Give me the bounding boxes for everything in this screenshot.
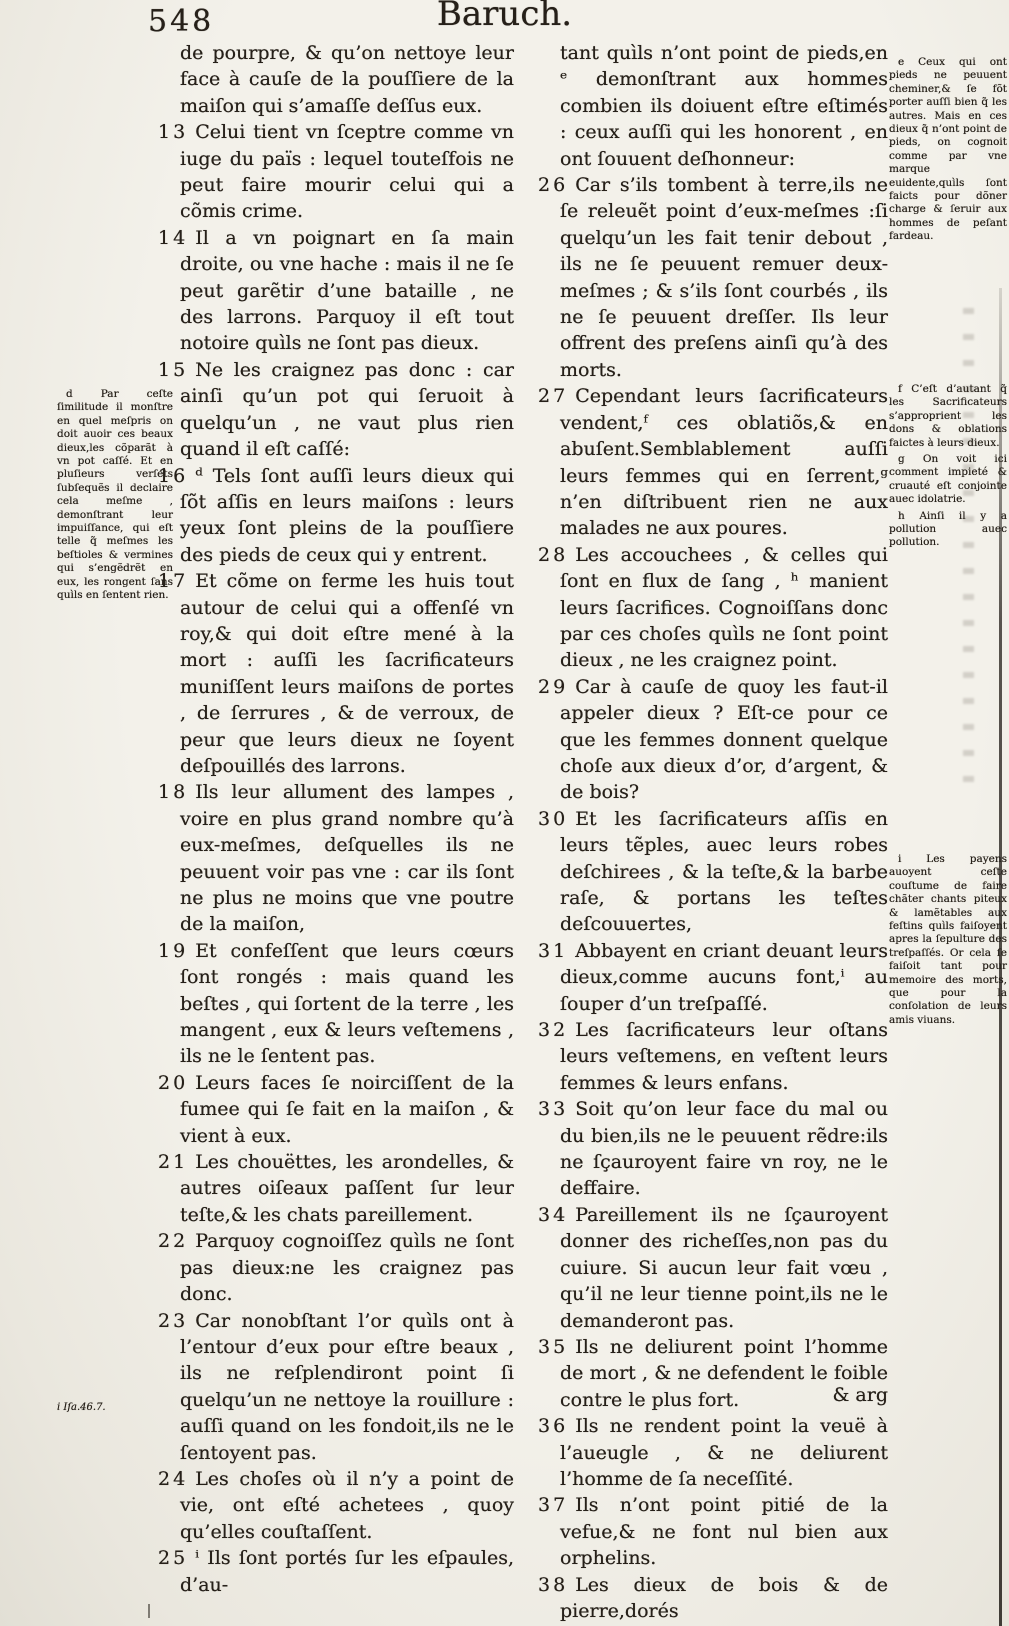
scan-artifact <box>148 1604 150 1618</box>
verse-25-continuation: tant quìls n’ont point de pieds,en ᵉ dem… <box>538 40 888 172</box>
margin-note-d: d Par ceſte ſimilitude il monſtre en que… <box>57 388 173 606</box>
verse-20: 20Leurs faces ſe noirciſſent de la fumee… <box>158 1070 514 1149</box>
catchword: & arg <box>760 1384 888 1406</box>
verse-number: 27 <box>538 385 568 407</box>
verse-number: 28 <box>538 544 568 566</box>
verse-number: 32 <box>538 1019 568 1041</box>
scanned-book-page: 548 Baruch. de pourpre, & qu’on nettoye … <box>0 0 1009 1626</box>
verse-24: 24Les choſes où il n’y a point de vie, o… <box>158 1466 514 1545</box>
verse-number: 14 <box>158 227 188 249</box>
verse-38: 38Les dieux de bois & de pierre,dorés <box>538 1572 888 1625</box>
margin-note-i: i Les payens auoyent ceſte couſtume de f… <box>889 853 1007 1030</box>
verse-12-continuation: de pourpre, & qu’on nettoye leur face à … <box>158 40 514 119</box>
verse-number: 29 <box>538 676 568 698</box>
left-verses: 13Celui tient vn ſceptre comme vn iuge d… <box>158 119 514 1598</box>
margin-note-f: f C’eſt d’autant q̃ les Sacrificateurs s… <box>889 383 1007 450</box>
margin-note-h: h Ainſi il y a pollution auec pollution. <box>889 510 1007 550</box>
margin-reference-isaiah: i Iſa.46.7. <box>57 1401 175 1414</box>
verse-25: 25ⁱ Ils ſont portés ſur les eſpaules, d’… <box>158 1545 514 1598</box>
verse-number: 30 <box>538 808 568 830</box>
verse-21: 21Les chouëttes, les arondelles, & autre… <box>158 1149 514 1228</box>
verse-number: 35 <box>538 1336 568 1358</box>
verse-number: 36 <box>538 1415 568 1437</box>
ink-bleedthrough-marks <box>963 308 974 786</box>
verse-number: 26 <box>538 174 568 196</box>
verse-number: 20 <box>158 1072 188 1094</box>
verse-number: 25 <box>158 1547 188 1569</box>
verse-26: 26Car s’ils tombent à terre,ils ne ſe re… <box>538 172 888 383</box>
verse-27: 27Cependant leurs ſacrificateurs vendent… <box>538 383 888 541</box>
verse-17: 17Et cõme on ferme les huis tout autour … <box>158 568 514 779</box>
verse-14: 14Il a vn poignart en ſa main droite, ou… <box>158 225 514 357</box>
right-verses: 26Car s’ils tombent à terre,ils ne ſe re… <box>538 172 888 1624</box>
left-text-column: de pourpre, & qu’on nettoye leur face à … <box>158 40 514 1598</box>
page-edge-line <box>999 288 1002 1626</box>
verse-16: 16ᵈ Tels ſont auſſi leurs dieux qui ſõt … <box>158 463 514 569</box>
verse-15: 15Ne les craignez pas donc : car ainſi q… <box>158 357 514 463</box>
margin-notes-f-g-h: f C’eſt d’autant q̃ les Sacrificateurs s… <box>889 383 1007 553</box>
verse-23: 23Car nonobſtant l’or quìls ont à l’ento… <box>158 1308 514 1466</box>
verse-number: 21 <box>158 1151 188 1173</box>
verse-number: 22 <box>158 1230 188 1252</box>
verse-36: 36Ils ne rendent point la veuë à l’aueug… <box>538 1413 888 1492</box>
verse-number: 18 <box>158 781 188 803</box>
verse-number: 23 <box>158 1310 188 1332</box>
verse-number: 31 <box>538 940 568 962</box>
verse-19: 19Et confeſſent que leurs cœurs ſont ron… <box>158 938 514 1070</box>
verse-number: 13 <box>158 121 188 143</box>
verse-18: 18Ils leur allument des lampes , voire e… <box>158 779 514 937</box>
margin-note-e: e Ceux qui ont pieds ne peuuent cheminer… <box>889 56 1007 247</box>
verse-22: 22Parquoy cognoiſſez quìls ne ſont pas d… <box>158 1228 514 1307</box>
verse-33: 33Soit qu’on leur face du mal ou du bien… <box>538 1096 888 1202</box>
verse-34: 34Pareillement ils ne ſçauroyent donner … <box>538 1202 888 1334</box>
margin-note-g: g On voit ici comment impieté & cruauté … <box>889 453 1007 507</box>
verse-number: 37 <box>538 1494 568 1516</box>
verse-32: 32Les ſacrificateurs leur oſtans leurs v… <box>538 1017 888 1096</box>
verse-number: 19 <box>158 940 188 962</box>
verse-number: 34 <box>538 1204 568 1226</box>
verse-29: 29Car à cauſe de quoy les faut-il appele… <box>538 674 888 806</box>
verse-30: 30Et les ſacrificateurs aſſis en leurs t… <box>538 806 888 938</box>
verse-number: 38 <box>538 1574 568 1596</box>
verse-28: 28Les accouchees , & celles qui ſont en … <box>538 542 888 674</box>
verse-37: 37Ils n’ont point pitié de la vefue,& ne… <box>538 1492 888 1571</box>
verse-31: 31Abbayent en criant deuant leurs dieux,… <box>538 938 888 1017</box>
verse-number: 33 <box>538 1098 568 1120</box>
verse-13: 13Celui tient vn ſceptre comme vn iuge d… <box>158 119 514 225</box>
verse-number: 24 <box>158 1468 188 1490</box>
running-title: Baruch. <box>0 0 1009 34</box>
verse-number: 15 <box>158 359 188 381</box>
